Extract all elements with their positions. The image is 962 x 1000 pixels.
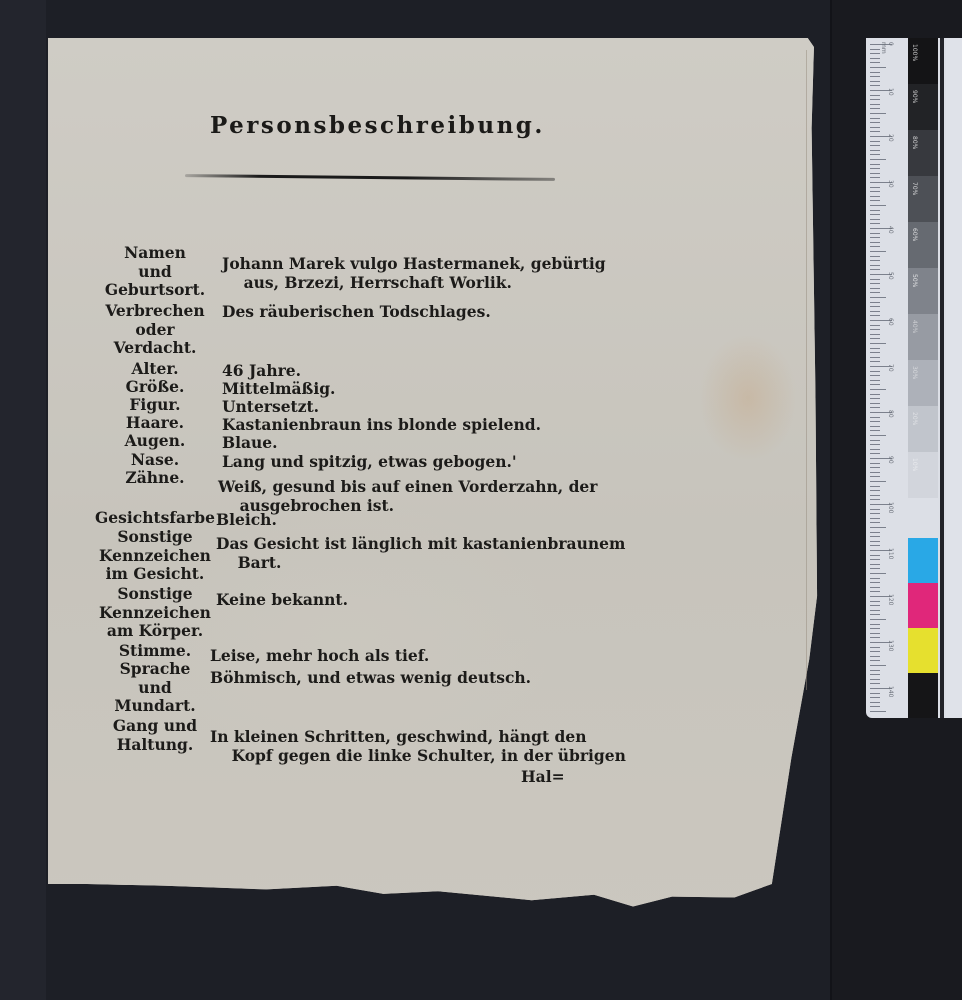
ruler-tick xyxy=(870,444,880,445)
ruler-tick xyxy=(870,472,880,473)
ruler-tick xyxy=(870,352,880,353)
ruler-tick xyxy=(870,614,880,615)
entry-label-crime: Verbrechen oder Verdacht. xyxy=(90,302,220,358)
ruler-tick xyxy=(870,62,880,63)
ruler-tick xyxy=(870,670,880,671)
gray-patch: 50% xyxy=(908,268,938,314)
ruler-tick xyxy=(870,256,880,257)
ruler-tick xyxy=(870,338,880,339)
ruler-tick xyxy=(870,67,886,68)
ruler-label: 30 xyxy=(887,180,894,188)
ruler-tick xyxy=(870,173,880,174)
entry-value-name: Johann Marek vulgo Hastermanek, gebürtig… xyxy=(222,255,606,292)
gray-patch-label: 50% xyxy=(911,274,918,287)
gray-patch-label: 90% xyxy=(911,90,918,103)
ruler-tick xyxy=(870,637,880,638)
ruler-tick xyxy=(870,513,880,514)
ruler-tick xyxy=(870,559,880,560)
ruler-tick xyxy=(870,81,880,82)
entry-value-complexion: Bleich. xyxy=(216,511,277,530)
ruler-label: 120 xyxy=(887,594,894,605)
entry-label-age: Alter. xyxy=(90,360,220,379)
ruler-tick xyxy=(870,568,880,569)
ruler-tick xyxy=(870,242,880,243)
ruler-tick xyxy=(870,118,880,119)
ruler-tick xyxy=(870,683,880,684)
entry-label-eyes: Augen. xyxy=(90,432,220,451)
ruler-tick xyxy=(870,660,880,661)
ruler-tick xyxy=(870,187,880,188)
ruler-tick xyxy=(870,237,880,238)
ruler-tick xyxy=(870,127,880,128)
ruler-tick xyxy=(870,251,886,252)
ruler-tick xyxy=(870,522,880,523)
ruler-label: 50 xyxy=(887,272,894,280)
ruler-tick xyxy=(870,509,880,510)
ruler-tick xyxy=(870,633,880,634)
ruler-tick xyxy=(870,711,886,712)
entry-label-name: Namen und Geburtsort. xyxy=(90,244,220,300)
ruler-tick xyxy=(870,265,880,266)
ruler-tick xyxy=(870,279,880,280)
entry-label-body-marks: Sonstige Kennzeichen am Körper. xyxy=(90,585,220,641)
ruler-tick xyxy=(870,297,886,298)
ruler-label: 40 xyxy=(887,226,894,234)
ruler-tick xyxy=(870,145,880,146)
ruler-tick xyxy=(870,499,880,500)
ruler-tick xyxy=(870,177,880,178)
color-patch-k xyxy=(908,673,938,718)
entry-value-figure: Untersetzt. xyxy=(222,398,319,417)
ruler-tick xyxy=(870,430,880,431)
ruler-label: 110 xyxy=(887,548,894,559)
entry-label-hair: Haare. xyxy=(90,414,220,433)
ruler-tick xyxy=(870,288,880,289)
document-title: Personsbeschreibung. xyxy=(210,112,545,139)
ruler-label: 20 xyxy=(887,134,894,142)
ruler-label: 10 xyxy=(887,88,894,96)
ruler-tick xyxy=(870,407,880,408)
entry-label-figure: Figur. xyxy=(90,396,220,415)
entry-value-nose: Lang und spitzig, etwas gebogen.' xyxy=(222,453,517,472)
gray-patch-label: 10% xyxy=(911,458,918,471)
gray-patch-label: 80% xyxy=(911,136,918,149)
gray-patch: 40% xyxy=(908,314,938,360)
paper-fold-line xyxy=(806,50,807,690)
entry-value-height: Mittelmäßig. xyxy=(222,380,335,399)
ruler-tick xyxy=(870,573,886,574)
entry-label-face-marks: Sonstige Kennzeichen im Gesicht. xyxy=(90,528,220,584)
ruler-tick xyxy=(870,205,886,206)
ruler-tick xyxy=(870,486,880,487)
ruler-tick xyxy=(870,283,880,284)
ruler-tick xyxy=(870,315,880,316)
entry-label-gait: Gang und Haltung. xyxy=(90,717,220,754)
ruler-tick xyxy=(870,403,880,404)
ruler-tick xyxy=(870,706,880,707)
ruler-tick xyxy=(870,665,886,666)
ruler-tick xyxy=(870,371,880,372)
ruler-tick xyxy=(870,532,880,533)
ruler-tick xyxy=(870,306,880,307)
patch-gap xyxy=(908,498,938,538)
ruler-tick xyxy=(870,122,880,123)
ruler-tick xyxy=(870,610,880,611)
ruler-tick xyxy=(870,269,880,270)
ruler-tick xyxy=(870,260,880,261)
ruler-label: 0 mm xyxy=(880,42,894,58)
ruler-tick xyxy=(870,702,880,703)
entry-value-crime: Des räuberischen Todschlages. xyxy=(222,303,491,322)
ruler-tick xyxy=(870,697,880,698)
ruler-tick xyxy=(870,467,880,468)
gray-patch: 80% xyxy=(908,130,938,176)
ruler-tick xyxy=(870,164,880,165)
entry-value-voice: Leise, mehr hoch als tief. xyxy=(210,647,429,666)
gray-patch-label: 20% xyxy=(911,412,918,425)
gray-patch: 60% xyxy=(908,222,938,268)
ruler-tick xyxy=(870,292,880,293)
ruler-tick xyxy=(870,302,880,303)
ruler-tick xyxy=(870,361,880,362)
catchword: Hal= xyxy=(521,768,565,787)
ruler-tick xyxy=(870,104,880,105)
ruler-tick xyxy=(870,624,880,625)
ruler-label: 140 xyxy=(887,686,894,697)
ruler-tick xyxy=(870,555,880,556)
gray-patch: 30% xyxy=(908,360,938,406)
ruler-tick xyxy=(870,233,880,234)
ruler-tick xyxy=(870,582,880,583)
ruler-tick xyxy=(870,311,880,312)
ruler-tick xyxy=(870,389,886,390)
ruler-tick xyxy=(870,647,880,648)
ruler-tick xyxy=(870,200,880,201)
ruler-tick xyxy=(870,159,886,160)
ruler-tick xyxy=(870,210,880,211)
ruler-tick xyxy=(870,435,886,436)
ruler-label: 100 xyxy=(887,502,894,513)
ruler-tick xyxy=(870,357,880,358)
ruler-tick xyxy=(870,398,880,399)
ruler-tick xyxy=(870,246,880,247)
entry-value-hair: Kastanienbraun ins blonde spielend. xyxy=(222,416,541,435)
ruler-tick xyxy=(870,619,886,620)
ruler-tick xyxy=(870,99,880,100)
gray-patch-label: 100% xyxy=(911,44,918,61)
ruler-tick xyxy=(870,564,880,565)
ruler-tick xyxy=(870,150,880,151)
ruler-tick xyxy=(870,380,880,381)
ruler-tick xyxy=(870,85,880,86)
ruler-tick xyxy=(870,578,880,579)
ruler-tick xyxy=(870,49,880,50)
color-patch-m xyxy=(908,583,938,628)
ruler-tick xyxy=(870,674,880,675)
ruler-tick xyxy=(870,693,880,694)
ruler-tick xyxy=(870,141,880,142)
color-patch-y xyxy=(908,628,938,673)
ruler-tick xyxy=(870,325,880,326)
ruler-tick xyxy=(870,656,880,657)
mm-ruler: 0 mm102030405060708090100110120130140 xyxy=(866,38,910,718)
gray-patch-label: 30% xyxy=(911,366,918,379)
ruler-tick xyxy=(870,329,880,330)
ruler-tick xyxy=(870,426,880,427)
gray-patch-label: 70% xyxy=(911,182,918,195)
ruler-label: 80 xyxy=(887,410,894,418)
color-calibration-target: 0 mm102030405060708090100110120130140 10… xyxy=(866,38,962,718)
ruler-tick xyxy=(870,476,880,477)
entry-value-face-marks: Das Gesicht ist länglich mit kastanienbr… xyxy=(216,535,625,572)
ruler-tick xyxy=(870,605,880,606)
ruler-tick xyxy=(870,495,880,496)
scan-background-left xyxy=(0,0,46,1000)
color-patches: 100%90%80%70%60%50%40%30%20%10% xyxy=(908,38,938,718)
ruler-tick xyxy=(870,113,886,114)
entry-label-voice: Stimme. xyxy=(90,642,220,661)
ruler-tick xyxy=(870,108,880,109)
ruler-tick xyxy=(870,58,880,59)
entry-value-eyes: Blaue. xyxy=(222,434,278,453)
color-patch-c xyxy=(908,538,938,583)
ruler-tick xyxy=(870,536,880,537)
gray-patch: 100% xyxy=(908,38,938,84)
ruler-tick xyxy=(870,53,880,54)
entry-value-language: Böhmisch, und etwas wenig deutsch. xyxy=(210,669,531,688)
ruler-tick xyxy=(870,440,880,441)
ruler-tick xyxy=(870,453,880,454)
entry-label-height: Größe. xyxy=(90,378,220,397)
ruler-tick xyxy=(870,601,880,602)
ruler-tick xyxy=(870,375,880,376)
ruler-tick xyxy=(870,196,880,197)
ruler-tick xyxy=(870,131,880,132)
calibration-white-strip xyxy=(946,38,962,718)
ruler-tick xyxy=(870,191,880,192)
ruler-tick xyxy=(870,384,880,385)
entry-label-nose: Nase. xyxy=(90,451,220,470)
ruler-tick xyxy=(870,490,880,491)
gray-patch: 70% xyxy=(908,176,938,222)
calibration-separator-bar xyxy=(940,38,944,718)
ruler-tick xyxy=(870,651,880,652)
ruler-tick xyxy=(870,154,880,155)
gray-patch-label: 60% xyxy=(911,228,918,241)
ruler-tick xyxy=(870,223,880,224)
ruler-label: 130 xyxy=(887,640,894,651)
entry-label-complexion: Gesichtsfarbe xyxy=(90,509,220,528)
gray-patch-label: 40% xyxy=(911,320,918,333)
gray-patch: 20% xyxy=(908,406,938,452)
gray-patch: 90% xyxy=(908,84,938,130)
ruler-tick xyxy=(870,481,886,482)
entry-value-body-marks: Keine bekannt. xyxy=(216,591,348,610)
ruler-label: 70 xyxy=(887,364,894,372)
ruler-tick xyxy=(870,587,880,588)
ruler-label: 60 xyxy=(887,318,894,326)
ruler-tick xyxy=(870,545,880,546)
ruler-tick xyxy=(870,591,880,592)
ruler-tick xyxy=(870,219,880,220)
ruler-tick xyxy=(870,527,886,528)
ruler-tick xyxy=(870,449,880,450)
ruler-tick xyxy=(870,628,880,629)
ruler-tick xyxy=(870,214,880,215)
ruler-tick xyxy=(870,463,880,464)
ruler-tick xyxy=(870,518,880,519)
ruler-label: 90 xyxy=(887,456,894,464)
ruler-tick xyxy=(870,72,880,73)
gray-patch: 10% xyxy=(908,452,938,498)
ruler-tick xyxy=(870,541,880,542)
ruler-tick xyxy=(870,417,880,418)
ruler-tick xyxy=(870,95,880,96)
ruler-tick xyxy=(870,394,880,395)
ruler-tick xyxy=(870,334,880,335)
ruler-tick xyxy=(870,343,886,344)
ruler-tick xyxy=(870,168,880,169)
ruler-tick xyxy=(870,348,880,349)
ruler-tick xyxy=(870,421,880,422)
entry-label-teeth: Zähne. xyxy=(90,469,220,488)
entry-value-age: 46 Jahre. xyxy=(222,362,301,381)
ruler-tick xyxy=(870,679,880,680)
entry-value-gait: In kleinen Schritten, geschwind, hängt d… xyxy=(210,728,626,765)
entry-label-language: Sprache und Mundart. xyxy=(90,660,220,716)
ruler-tick xyxy=(870,76,880,77)
